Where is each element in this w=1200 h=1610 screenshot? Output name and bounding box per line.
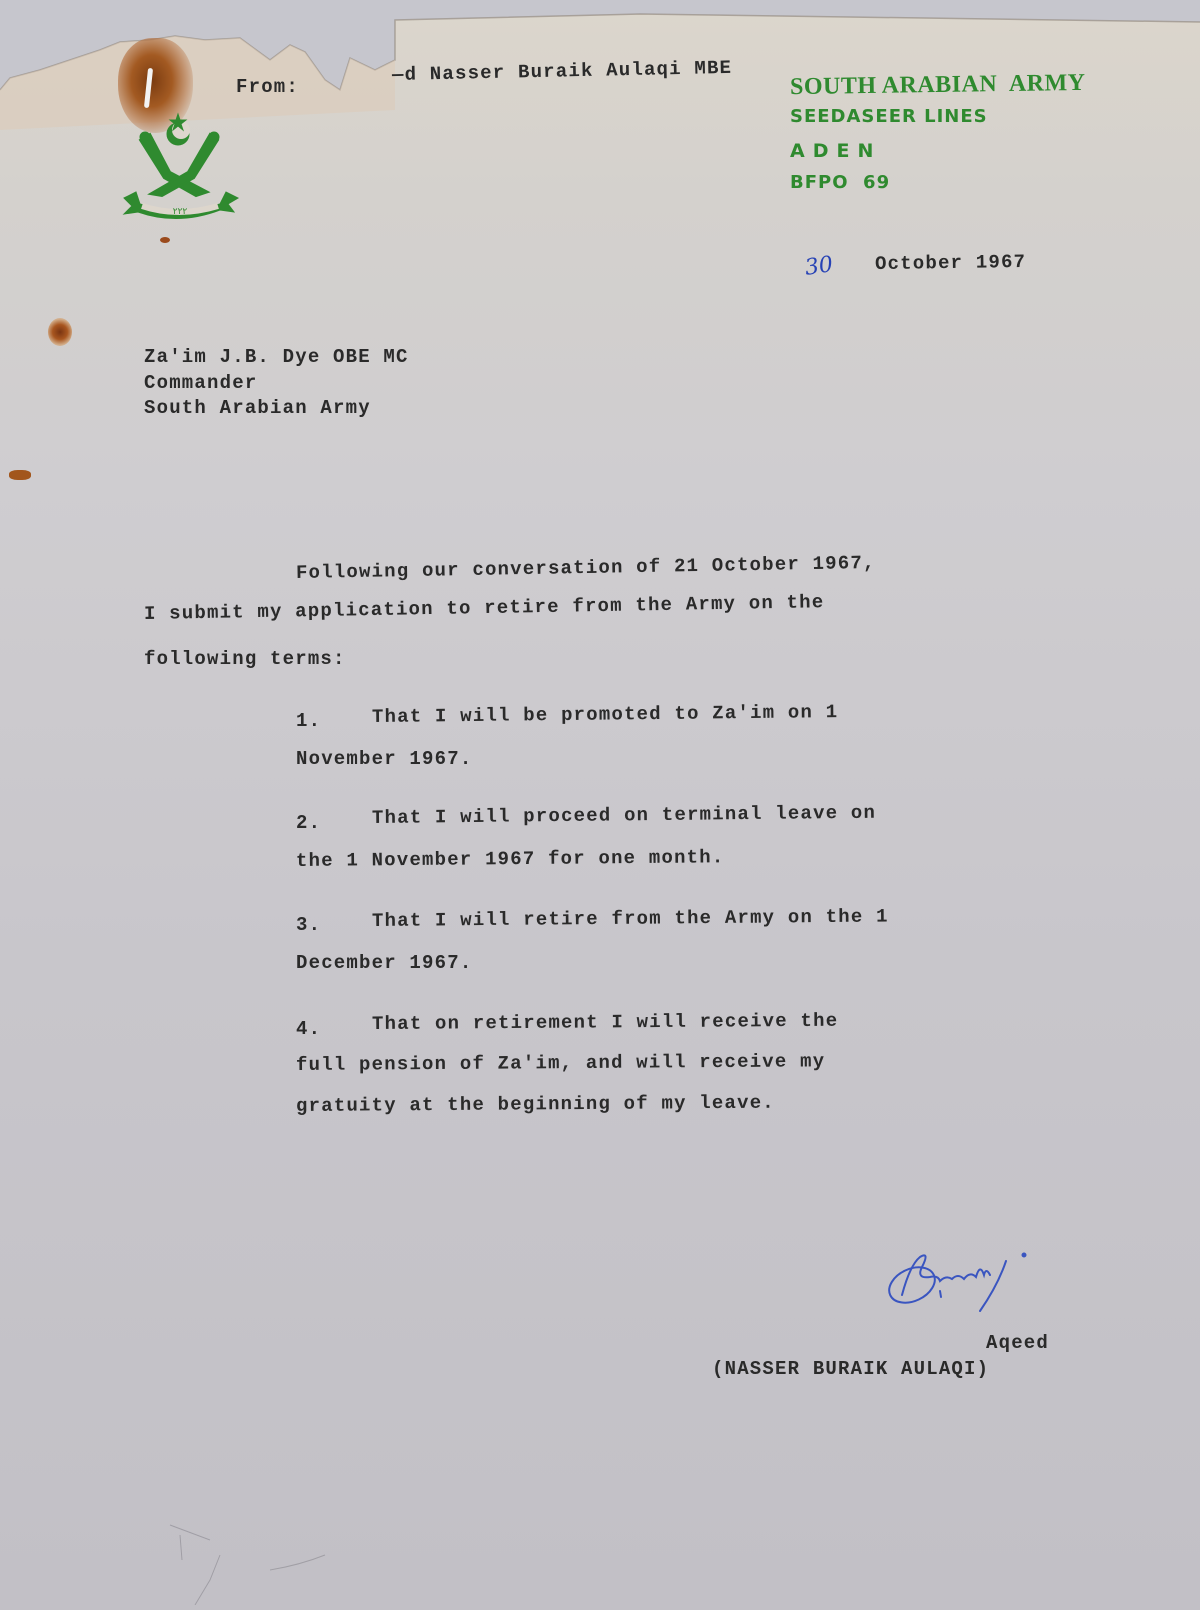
term-number: 3.: [296, 914, 321, 936]
recipient-line-1: Za'im J.B. Dye OBE MC: [144, 346, 409, 368]
paper-crease: [150, 1515, 370, 1605]
signatory-name: (NASSER BURAIK AULAQI): [712, 1358, 989, 1380]
crossed-jambiya-crest-icon: ٢٢٢: [118, 112, 244, 232]
term-line: That on retirement I will receive the: [372, 1010, 838, 1035]
signatory-rank: Aqeed: [986, 1332, 1049, 1354]
term-number: 1.: [296, 710, 321, 732]
handwritten-day: 30: [803, 252, 834, 281]
term-line: gratuity at the beginning of my leave.: [296, 1092, 775, 1117]
term-number: 2.: [296, 812, 321, 834]
address-line-1: SEEDASEER LINES: [790, 106, 988, 127]
recipient-line-2: Commander: [144, 372, 257, 394]
letter-date: October 1967: [875, 251, 1027, 275]
address-line-3: BFPO 69: [790, 172, 890, 193]
organization-name: SOUTH ARABIAN ARMY: [790, 70, 1086, 101]
rust-spot: [9, 470, 31, 480]
recipient-line-3: South Arabian Army: [144, 397, 371, 419]
rust-spot: [48, 318, 72, 346]
term-line: the 1 November 1967 for one month.: [296, 846, 725, 872]
from-label: From:: [236, 76, 299, 98]
body-intro-line-3: following terms:: [144, 648, 346, 670]
term-number: 4.: [296, 1018, 321, 1040]
handwritten-signature-icon: [880, 1245, 1040, 1320]
address-line-2: ADEN: [790, 140, 881, 162]
term-line: December 1967.: [296, 952, 472, 974]
svg-text:٢٢٢: ٢٢٢: [173, 207, 188, 217]
term-line: full pension of Za'im, and will receive …: [296, 1050, 825, 1076]
term-line: That I will retire from the Army on the …: [372, 905, 889, 932]
rust-spot: [160, 237, 170, 243]
term-line: November 1967.: [296, 748, 472, 770]
